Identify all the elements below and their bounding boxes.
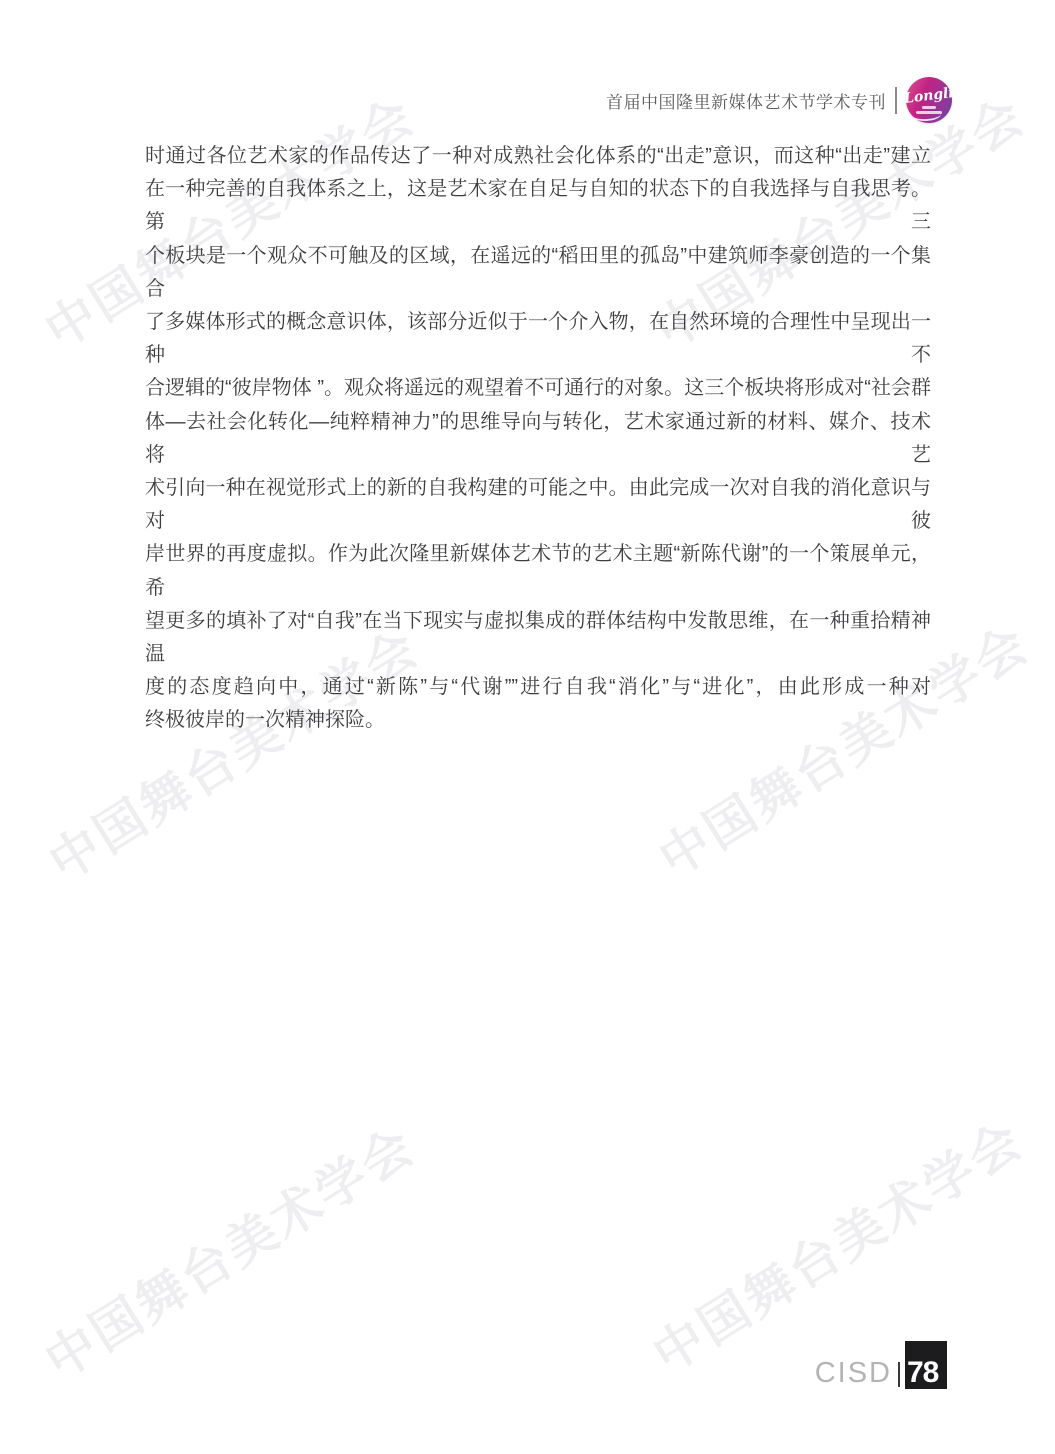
body-line: 终极彼岸的一次精神探险。 bbox=[145, 704, 931, 737]
body-line: 术引向一种在视觉形式上的新的自我构建的可能之中。由此完成一次对自我的消化意识与对… bbox=[145, 472, 931, 538]
body-line: 度的态度趋向中，通过“新陈”与“代谢””进行自我“消化”与“进化”，由此形成一种… bbox=[145, 671, 931, 704]
body-line: 岸世界的再度虚拟。作为此次隆里新媒体艺术节的艺术主题“新陈代谢”的一个策展单元，… bbox=[145, 538, 931, 604]
watermark-text: 中国舞台美术学会 bbox=[29, 1107, 427, 1393]
footer-brand: CISD bbox=[815, 1359, 892, 1388]
body-line: 个板块是一个观众不可触及的区域，在遥远的“稻田里的孤岛”中建筑师李豪创造的一个集… bbox=[145, 240, 931, 306]
journal-page: 中国舞台美术学会 中国舞台美术学会 中国舞台美术学会 中国舞台美术学会 中国舞台… bbox=[0, 0, 1055, 1454]
footer-divider bbox=[898, 1362, 900, 1387]
page-header: 首届中国隆里新媒体艺术节学术专刊 Longli bbox=[0, 77, 952, 123]
logo-swoosh bbox=[913, 108, 942, 122]
body-line: 了多媒体形式的概念意识体，该部分近似于一个介入物，在自然环境的合理性中呈现出一种… bbox=[145, 306, 931, 372]
body-line: 望更多的填补了对“自我”在当下现实与虚拟集成的群体结构中发散思维，在一种重拾精神… bbox=[145, 605, 931, 671]
body-line: 时通过各位艺术家的作品传达了一种对成熟社会化体系的“出走”意识，而这种“出走”建… bbox=[145, 140, 931, 173]
body-line: 体—去社会化转化—纯粹精神力”的思维导向与转化，艺术家通过新的材料、媒介、技术将… bbox=[145, 406, 931, 472]
page-footer: CISD 78 bbox=[815, 1341, 947, 1389]
body-line: 在一种完善的自我体系之上，这是艺术家在自足与自知的状态下的自我选择与自我思考。第… bbox=[145, 173, 931, 239]
page-number-box: 78 bbox=[905, 1341, 947, 1389]
body-line: 合逻辑的“彼岸物体 ”。观众将遥远的观望着不可通行的对象。这三个板块将形成对“社… bbox=[145, 372, 931, 405]
article-body: 时通过各位艺术家的作品传达了一种对成熟社会化体系的“出走”意识，而这种“出走”建… bbox=[145, 140, 931, 738]
logo-wordmark: Longli bbox=[903, 86, 954, 106]
page-number: 78 bbox=[907, 1358, 938, 1388]
header-divider bbox=[895, 87, 897, 114]
journal-title: 首届中国隆里新媒体艺术节学术专刊 bbox=[606, 88, 886, 113]
longli-festival-logo: Longli bbox=[906, 77, 952, 123]
